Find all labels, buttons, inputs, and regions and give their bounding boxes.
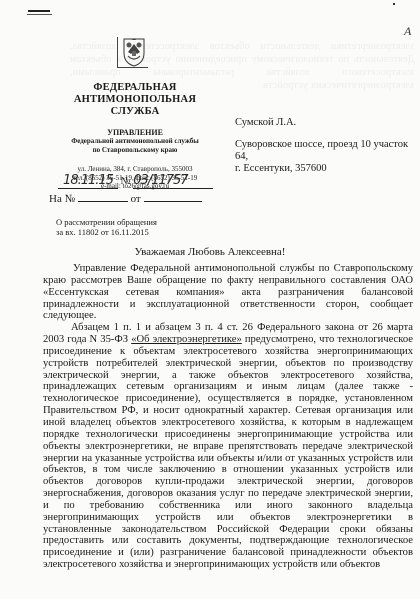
scan-dot [393, 3, 395, 5]
paragraph-2-body: предусмотрено, что технологическое присо… [43, 334, 413, 570]
scan-mark [27, 14, 52, 15]
reg-number-label: № [121, 176, 131, 187]
reg-number-handwritten: 03/11757 [133, 173, 187, 188]
paragraph-1: Управление Федеральной антимонопольной с… [43, 263, 413, 322]
subject-line2: за вх. 11802 от 16.11.2015 [56, 227, 157, 237]
reg-date-field: 18.11.15 [58, 173, 118, 189]
from-label: от [131, 193, 141, 205]
russian-coat-of-arms-icon [117, 37, 148, 68]
reply-to-line: На № от [49, 193, 202, 205]
dept-line2: по Ставропольскому краю [60, 146, 210, 155]
dept-line1: Федеральной антимонопольной службы [60, 137, 210, 146]
subject-block: О рассмотрении обращения за вх. 11802 от… [56, 217, 157, 237]
reply-to-number-field [78, 201, 128, 202]
recipient-address: Суворовское шоссе, проезд 10 участок 64,… [235, 139, 420, 175]
reg-date-handwritten: 18.11.15 [63, 173, 113, 188]
reg-number-field: 03/11757 [133, 173, 213, 189]
paragraph-2: Абзацем 1 п. 1 и абзацем 3 п. 4 ст. 26 Ф… [43, 322, 413, 571]
org-name-line1: ФЕДЕРАЛЬНАЯ [60, 82, 210, 94]
recipient-name: Сумской Л.А. [235, 117, 296, 128]
from-date-field [144, 201, 202, 202]
corner-handwritten-mark: А [404, 24, 411, 39]
letter-body: Управление Федеральной антимонопольной с… [43, 263, 413, 571]
law-reference: «Об электроэнергетике» [131, 334, 242, 345]
registration-line: 18.11.15 № 03/11757 [58, 173, 213, 189]
scan-mark [28, 10, 50, 12]
org-name-line2: АНТИМОНОПОЛЬНАЯ СЛУЖБА [60, 94, 210, 118]
dept-title: УПРАВЛЕНИЕ [60, 128, 210, 137]
subject-line1: О рассмотрении обращения [56, 217, 157, 227]
reply-to-label: На № [49, 193, 75, 205]
recipient-address-line2: г. Ессентуки, 357600 [235, 163, 420, 175]
recipient-address-line1: Суворовское шоссе, проезд 10 участок 64, [235, 139, 420, 163]
document-page: электроэнергетики деятельности объектов … [0, 0, 420, 599]
greeting: Уважаемая Любовь Алексеевна! [0, 246, 420, 258]
